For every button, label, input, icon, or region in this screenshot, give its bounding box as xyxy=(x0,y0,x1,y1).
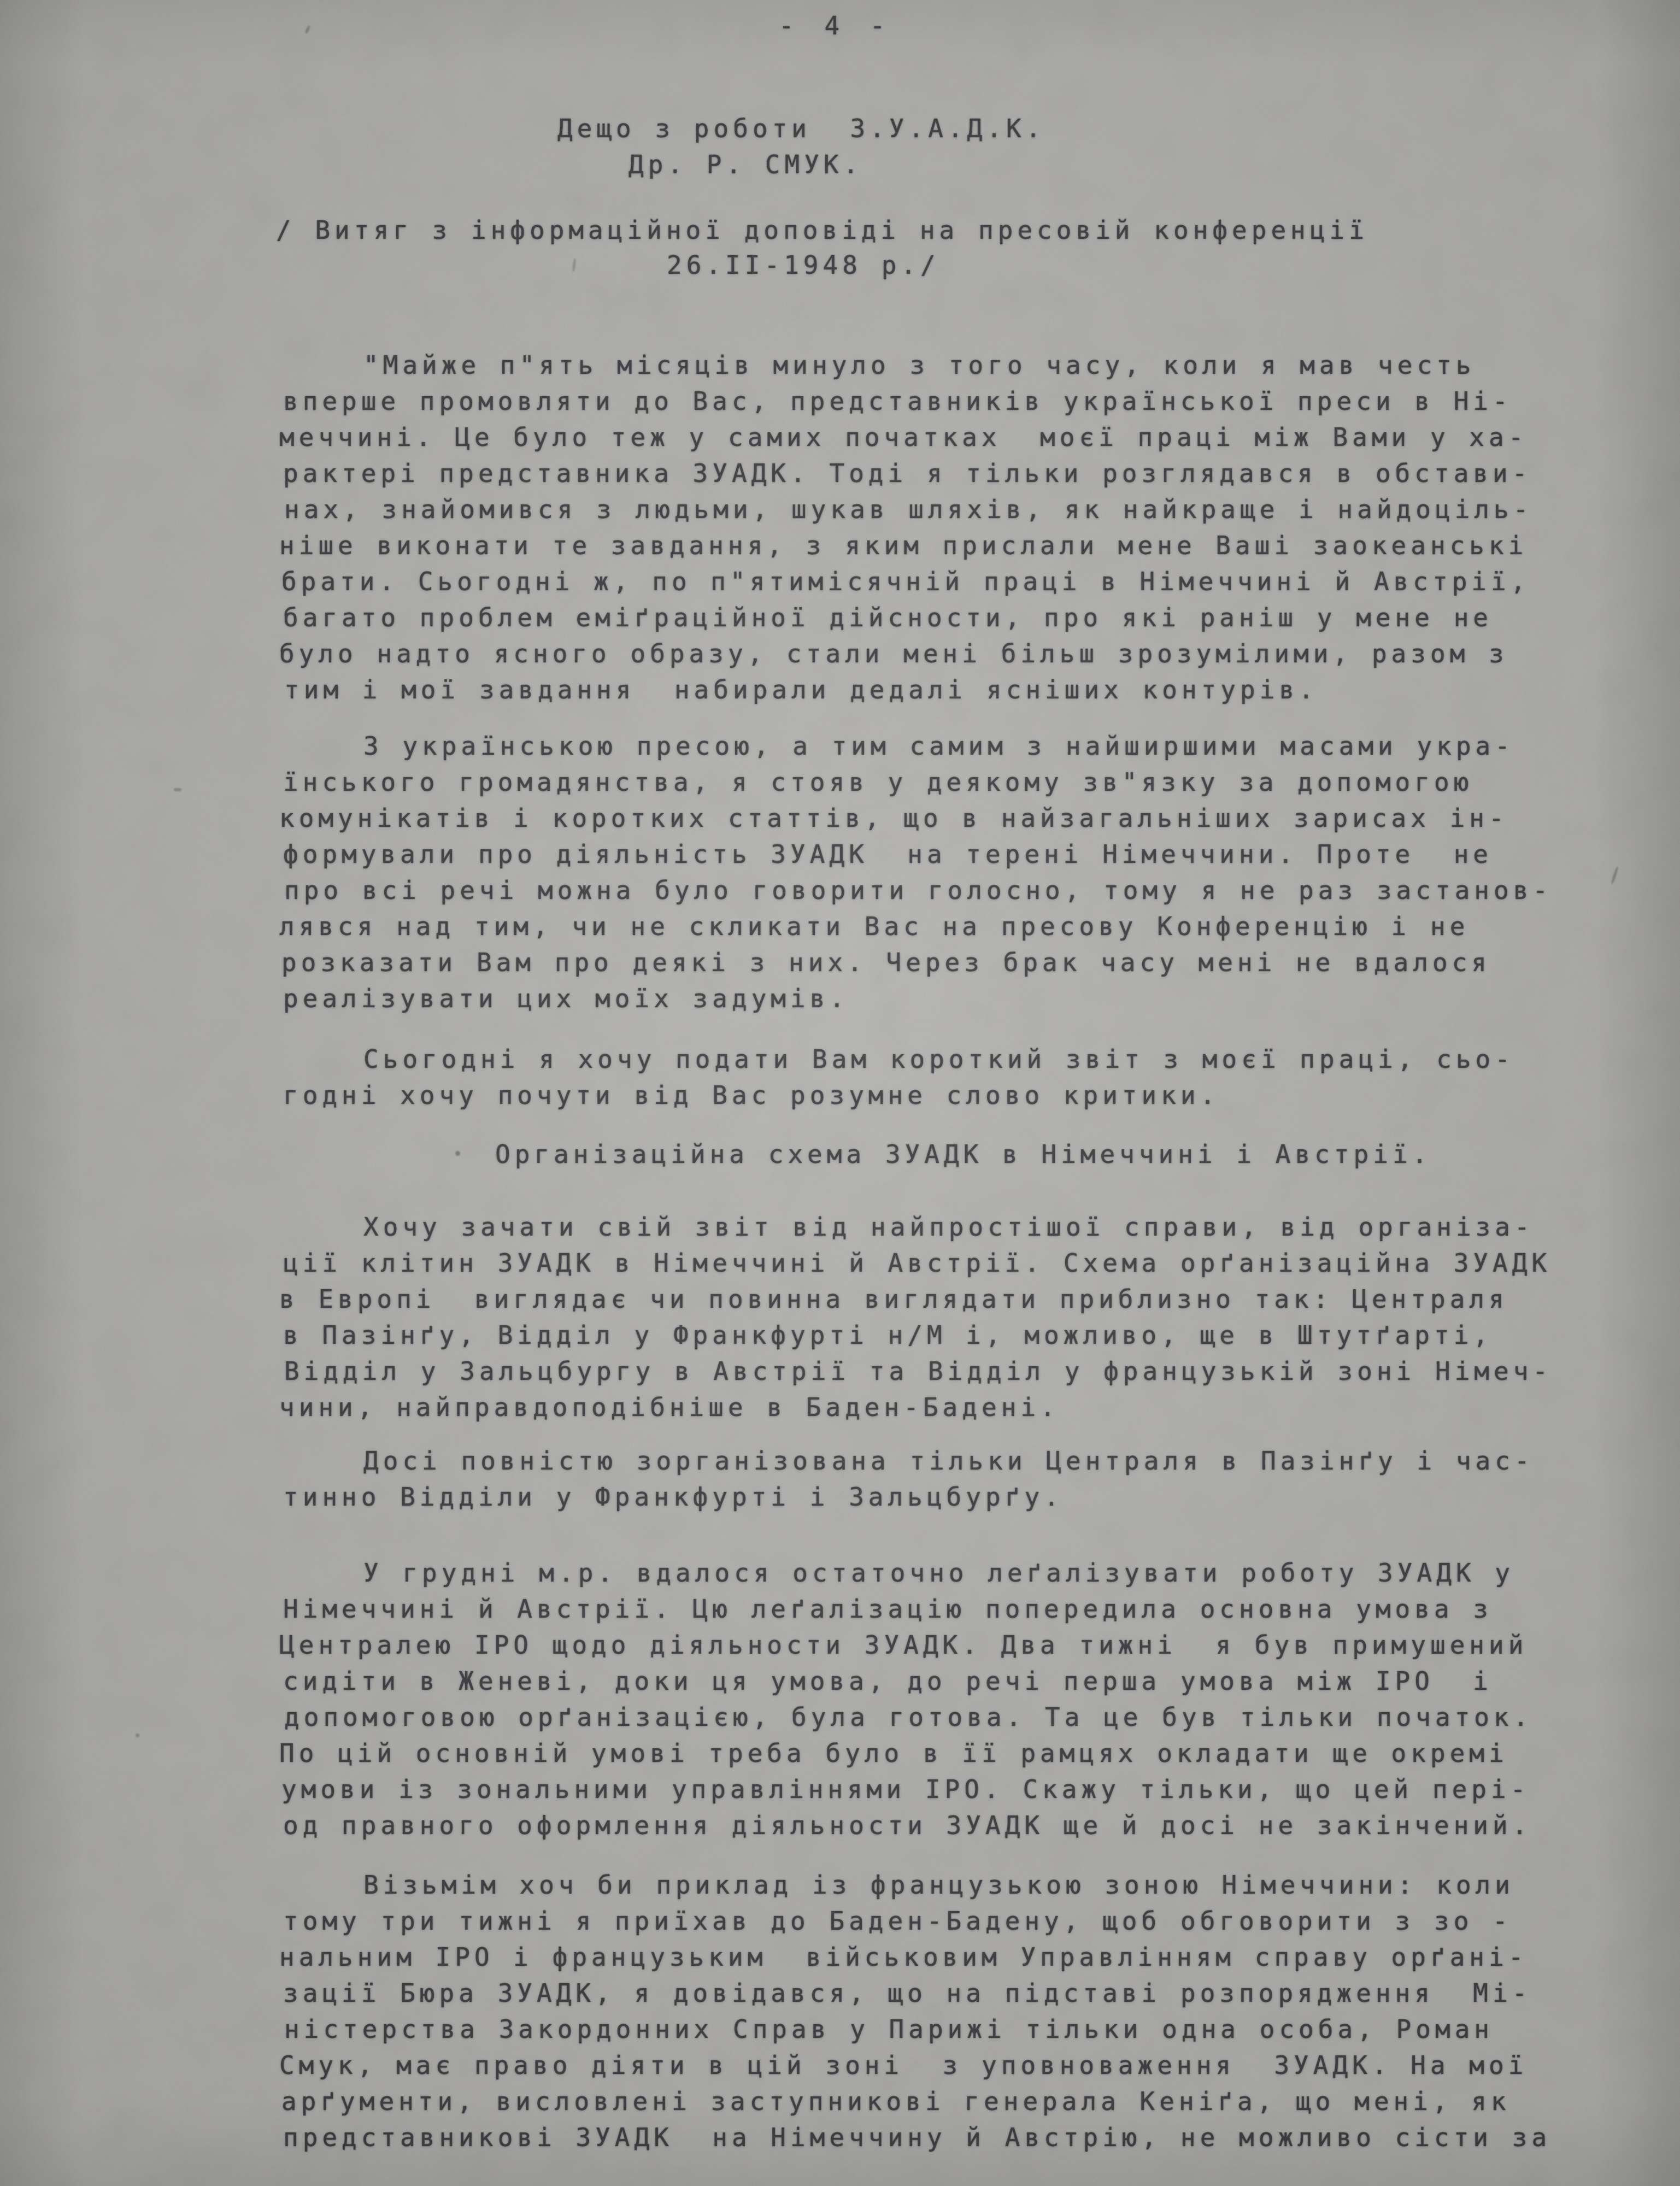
text-line: Сьогодні я хочу подати Вам короткий звіт… xyxy=(281,1041,1514,1077)
text-line: було надто ясного образу, стали мені біл… xyxy=(279,636,1532,672)
text-line: лявся над тим, чи не скликати Вас на пре… xyxy=(279,908,1552,944)
text-line: Хочу зачати свій звіт від найпростішої с… xyxy=(281,1209,1552,1245)
text-line: розказати Вам про деякі з них. Через бра… xyxy=(281,944,1552,980)
subtitle-line-2: 26.II-1948 р./ xyxy=(667,247,940,283)
section-heading: Організаційна схема ЗУАДК в Німеччині і … xyxy=(495,1136,1431,1172)
text-line: зації Бюра ЗУАДК, я довідався, що на під… xyxy=(283,1975,1551,2011)
text-line: Смук, має право діяти в цій зоні з уповн… xyxy=(279,2047,1551,2083)
text-line: в Европі виглядає чи повинна виглядати п… xyxy=(279,1281,1552,1317)
text-line: Відділ у Зальцбургу в Австрії та Відділ … xyxy=(284,1353,1552,1389)
paragraph-1: "Майже п"ять місяців минуло з того часу,… xyxy=(281,347,1532,708)
subtitle-line-1: / Витяг з інформаційної доповіді на прес… xyxy=(276,212,1368,248)
scan-speck xyxy=(455,1151,460,1156)
paragraph-4: Хочу зачати свій звіт від найпростішої с… xyxy=(281,1209,1552,1425)
paragraph-5: Досі повністю зорганізована тільки Центр… xyxy=(281,1443,1534,1515)
text-line: рактері представника ЗУАДК. Тоді я тільк… xyxy=(283,455,1532,491)
byline: Др. Р. СМУК. xyxy=(628,146,862,183)
text-line: меччині. Це було теж у самих початках мо… xyxy=(279,419,1532,455)
text-line: годні хочу почути від Вас розумне слово … xyxy=(283,1077,1514,1113)
paragraph-3: Сьогодні я хочу подати Вам короткий звіт… xyxy=(281,1041,1514,1113)
text-line: ністерства Закордонних Справ у Парижі ті… xyxy=(284,2011,1551,2047)
scan-speck xyxy=(572,258,577,272)
paragraph-7: Візьмім хоч би приклад із французькою зо… xyxy=(281,1867,1551,2155)
scan-speck xyxy=(174,788,181,791)
text-line: формували про діяльність ЗУАДК на терені… xyxy=(283,836,1552,872)
scan-speck xyxy=(304,25,311,34)
text-line: вперше промовляти до Вас, представників … xyxy=(283,383,1532,419)
text-line: про всі речі можна було говорити голосно… xyxy=(284,872,1552,908)
text-line: тинно Відділи у Франкфурті і Зальцбурґу. xyxy=(283,1479,1534,1515)
text-line: чини, найправдоподібніше в Баден-Бадені. xyxy=(279,1389,1552,1425)
text-line: брати. Сьогодні ж, по п"ятимісячній прац… xyxy=(281,563,1532,600)
text-line: Візьмім хоч би приклад із французькою зо… xyxy=(281,1867,1551,1903)
paragraph-2: З українською пресою, а тим самим з найш… xyxy=(281,728,1552,1016)
scanned-document-page: - 4 - Дещо з роботи З.У.А.Д.К. Др. Р. СМ… xyxy=(0,0,1680,2186)
text-line: комунікатів і коротких статтів, що в най… xyxy=(279,800,1552,836)
text-line: ніше виконати те завдання, з яким присла… xyxy=(279,527,1532,563)
scan-speck xyxy=(136,1733,139,1737)
text-line: ції клітин ЗУАДК в Німеччині й Австрії. … xyxy=(283,1245,1552,1281)
text-line: сидіти в Женеві, доки ця умова, до речі … xyxy=(283,1663,1532,1699)
document-title: Дещо з роботи З.У.А.Д.К. xyxy=(557,110,1045,146)
text-line: умови із зональними управліннями ІРО. Ск… xyxy=(281,1771,1532,1807)
text-line: Німеччині й Австрії. Цю леґалізацію попе… xyxy=(283,1591,1532,1627)
text-line: Централею ІРО щодо діяльности ЗУАДК. Два… xyxy=(279,1627,1532,1663)
text-line: арґументи, висловлені заступникові генер… xyxy=(281,2083,1551,2119)
text-line: У грудні м.р. вдалося остаточно леґалізу… xyxy=(281,1555,1532,1591)
text-line: Досі повністю зорганізована тільки Центр… xyxy=(281,1443,1534,1479)
text-line: По цій основній умові треба було в її ра… xyxy=(279,1735,1532,1771)
text-line: тому три тижні я приїхав до Баден-Бадену… xyxy=(283,1903,1551,1939)
text-line: в Пазінґу, Відділ у Франкфурті н/М і, мо… xyxy=(283,1317,1552,1353)
text-line: їнського громадянства, я стояв у деякому… xyxy=(283,764,1552,800)
text-line: нальним ІРО і французьким військовим Упр… xyxy=(279,1939,1551,1975)
text-line: З українською пресою, а тим самим з найш… xyxy=(281,728,1552,764)
text-line: "Майже п"ять місяців минуло з того часу,… xyxy=(281,347,1532,383)
text-line: реалізувати цих моїх задумів. xyxy=(283,980,1552,1016)
page-number: - 4 - xyxy=(779,8,892,44)
text-line: од правного оформлення діяльности ЗУАДК … xyxy=(283,1807,1532,1843)
text-line: багато проблем еміґраційної дійсности, п… xyxy=(283,600,1532,636)
paragraph-6: У грудні м.р. вдалося остаточно леґалізу… xyxy=(281,1555,1532,1843)
text-line: тим і мої завдання набирали дедалі ясніш… xyxy=(284,672,1532,708)
text-line: нах, знайомився з людьми, шукав шляхів, … xyxy=(284,491,1532,527)
text-line: представникові ЗУАДК на Німеччину й Авст… xyxy=(283,2119,1551,2155)
text-line: допомоговою орґанізацією, була готова. Т… xyxy=(284,1699,1532,1735)
scan-speck xyxy=(1611,866,1619,885)
